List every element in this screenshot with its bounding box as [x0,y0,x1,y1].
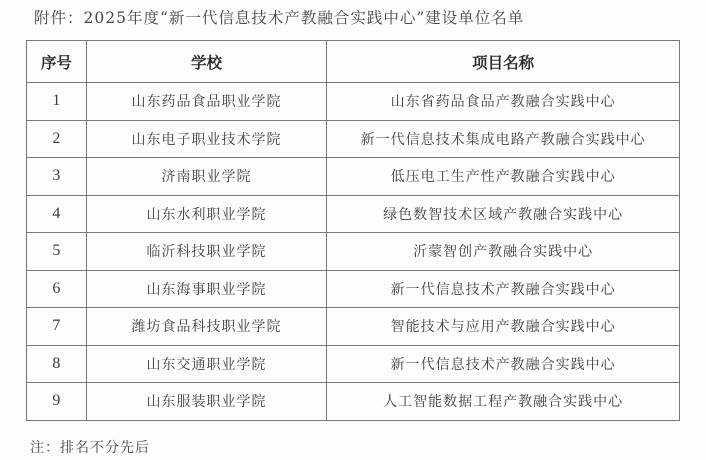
row-number: 2 [27,120,87,158]
document-title: 附件：2025年度“新一代信息技术产教融合实践中心”建设单位名单 [34,6,524,28]
unit-list-table: 序号 学校 项目名称 1 山东药品食品职业学院 山东省药品食品产教融合实践中心 … [26,40,680,421]
row-project: 山东省药品食品产教融合实践中心 [327,83,680,121]
row-number: 7 [27,308,87,346]
table-row: 3 济南职业学院 低压电工生产性产教融合实践中心 [27,158,680,196]
row-school: 山东电子职业技术学院 [86,120,327,158]
row-project: 智能技术与应用产教融合实践中心 [327,308,680,346]
table-header-row: 序号 学校 项目名称 [27,41,680,83]
row-project: 低压电工生产性产教融合实践中心 [327,158,680,196]
table-row: 7 潍坊食品科技职业学院 智能技术与应用产教融合实践中心 [27,308,680,346]
footnote: 注：排名不分先后 [30,437,150,457]
row-number: 3 [27,158,87,196]
row-project: 绿色数智技术区域产教融合实践中心 [327,195,680,233]
row-number: 1 [27,83,87,121]
table-row: 6 山东海事职业学院 新一代信息技术产教融合实践中心 [27,270,680,308]
table-row: 1 山东药品食品职业学院 山东省药品食品产教融合实践中心 [27,83,680,121]
row-number: 9 [27,383,87,421]
row-school: 潍坊食品科技职业学院 [86,308,327,346]
table-row: 9 山东服装职业学院 人工智能数据工程产教融合实践中心 [27,383,680,421]
row-school: 山东服装职业学院 [86,383,327,421]
table-row: 5 临沂科技职业学院 沂蒙智创产教融合实践中心 [27,233,680,271]
row-school: 山东药品食品职业学院 [86,83,327,121]
row-number: 8 [27,345,87,383]
row-school: 临沂科技职业学院 [86,233,327,271]
row-school: 山东海事职业学院 [86,270,327,308]
row-project: 新一代信息技术集成电路产教融合实践中心 [327,120,680,158]
table-row: 4 山东水利职业学院 绿色数智技术区域产教融合实践中心 [27,195,680,233]
row-project: 人工智能数据工程产教融合实践中心 [327,383,680,421]
row-number: 5 [27,233,87,271]
header-project: 项目名称 [327,41,680,83]
header-school: 学校 [86,41,327,83]
row-project: 新一代信息技术产教融合实践中心 [327,345,680,383]
row-number: 4 [27,195,87,233]
header-number: 序号 [27,41,87,83]
row-project: 沂蒙智创产教融合实践中心 [327,233,680,271]
row-number: 6 [27,270,87,308]
row-school: 山东交通职业学院 [86,345,327,383]
table-row: 8 山东交通职业学院 新一代信息技术产教融合实践中心 [27,345,680,383]
table-row: 2 山东电子职业技术学院 新一代信息技术集成电路产教融合实践中心 [27,120,680,158]
row-project: 新一代信息技术产教融合实践中心 [327,270,680,308]
row-school: 山东水利职业学院 [86,195,327,233]
row-school: 济南职业学院 [86,158,327,196]
